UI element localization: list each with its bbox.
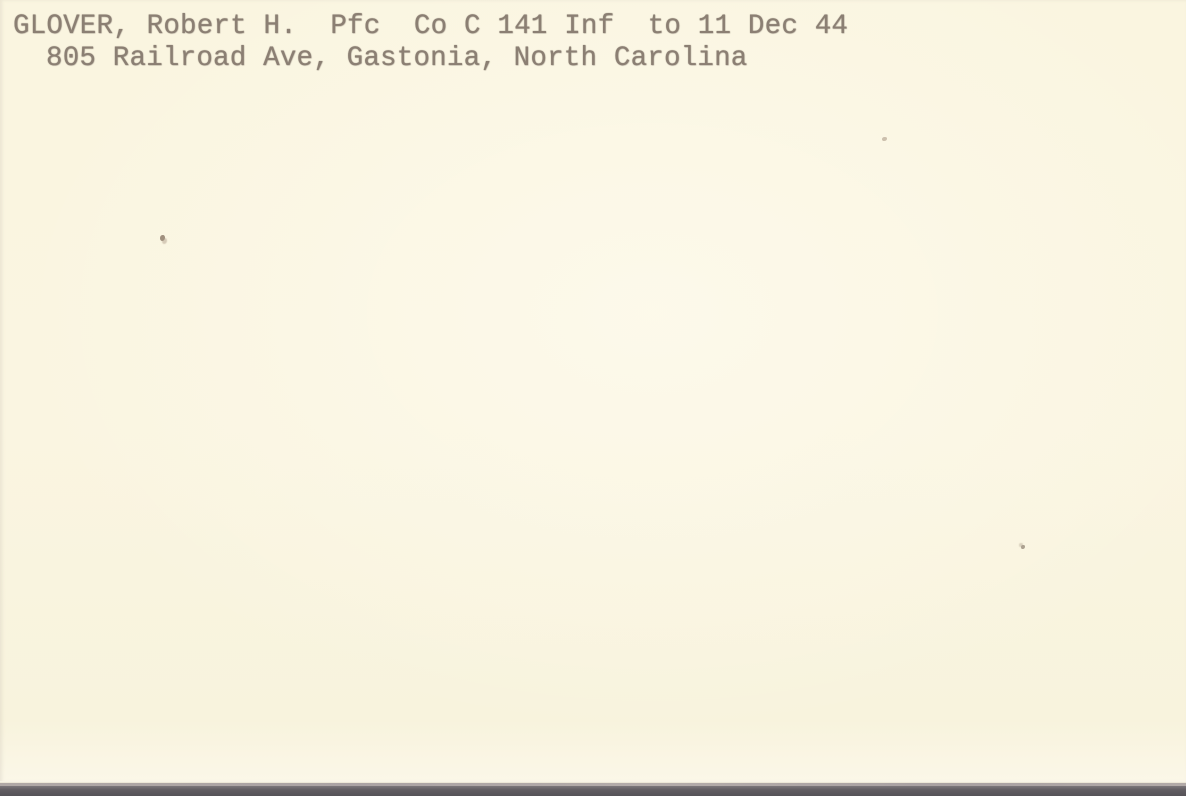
scanner-bed-edge	[0, 783, 1186, 796]
ink-speck	[882, 137, 887, 141]
index-card: GLOVER, Robert H. Pfc Co C 141 Inf to 11…	[0, 0, 1186, 783]
typewritten-line-address: 805 Railroad Ave, Gastonia, North Caroli…	[46, 43, 748, 74]
scanned-document: GLOVER, Robert H. Pfc Co C 141 Inf to 11…	[0, 0, 1186, 796]
ink-speck	[160, 235, 165, 241]
ink-speck	[1021, 545, 1025, 549]
typewritten-line-name-rank-unit: GLOVER, Robert H. Pfc Co C 141 Inf to 11…	[13, 11, 848, 42]
scanner-bed	[0, 786, 1186, 796]
